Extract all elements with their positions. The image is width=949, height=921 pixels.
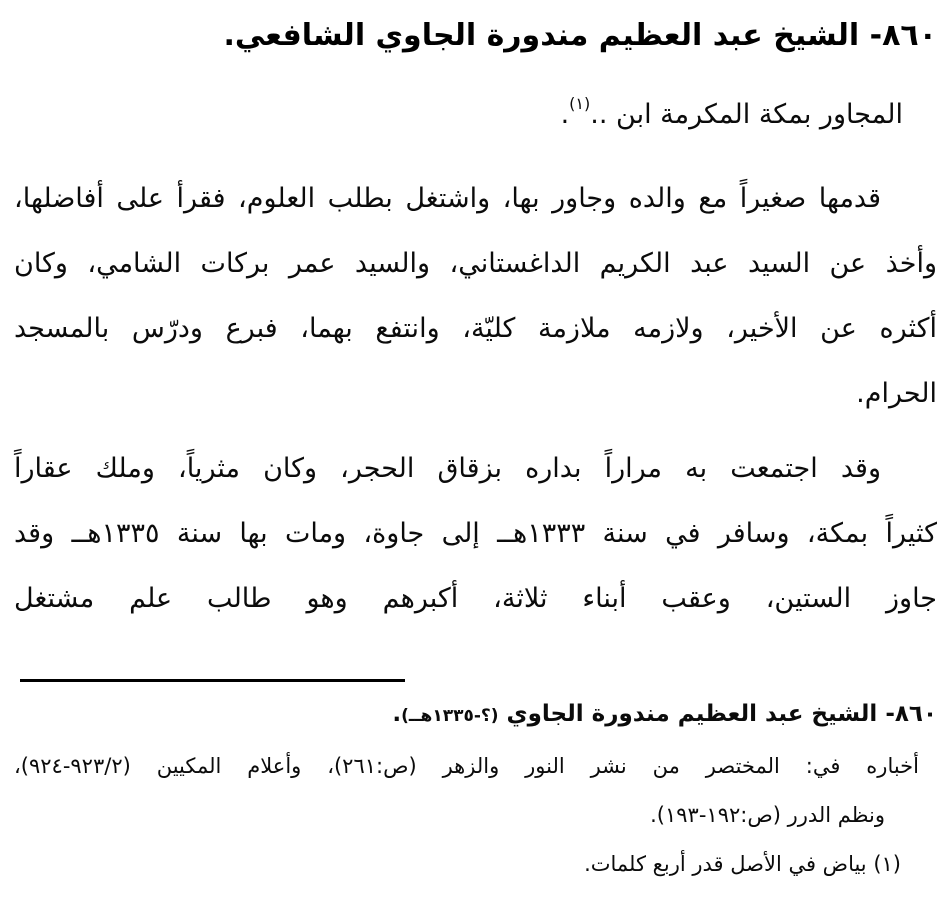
- paragraph-1: قدمها صغيراً مع والده وجاور بها، واشتغل …: [14, 166, 937, 426]
- paragraph-2: وقد اجتمعت به مراراً بداره بزقاق الحجر، …: [14, 436, 937, 631]
- paragraph-2-line-3: جاوز الستين، وعقب أبناء ثلاثة، أكبرهم وه…: [14, 566, 937, 631]
- paragraph-2-line-2: كثيراً بمكة، وسافر في سنة ١٣٣٣هــ إلى جا…: [14, 501, 937, 566]
- footnote-entry-dates: (؟-١٣٣٥هــ): [401, 706, 498, 726]
- book-page: ٨٦٠- الشيخ عبد العظيم مندورة الجاوي الشا…: [0, 0, 949, 921]
- footnote-heading-period: .: [392, 701, 401, 727]
- footnote-entry-heading: ٨٦٠- الشيخ عبد العظيم مندورة الجاوي (؟-١…: [14, 694, 937, 736]
- footnote-sources-line-2: ونظم الدرر (ص:١٩٢-١٩٣).: [14, 791, 937, 840]
- footnote-divider: [20, 679, 405, 682]
- paragraph-1-line-2: وأخذ عن السيد عبد الكريم الداغستاني، وال…: [14, 231, 937, 296]
- footnote-note-1: (١) بياض في الأصل قدر أربع كلمات.: [14, 840, 937, 889]
- subtitle-period: .: [561, 99, 570, 130]
- footnote-ref-1: (١): [569, 94, 590, 113]
- paragraph-1-line-1: قدمها صغيراً مع والده وجاور بها، واشتغل …: [14, 166, 937, 231]
- footnote-sources-line-1: أخباره في: المختصر من نشر النور والزهر (…: [14, 742, 937, 791]
- paragraph-1-line-4: الحرام.: [14, 361, 937, 426]
- paragraph-1-line-3: أكثره عن الأخير، ولازمه ملازمة كليّة، وا…: [14, 296, 937, 361]
- footnote-entry-name: ٨٦٠- الشيخ عبد العظيم مندورة الجاوي: [499, 701, 937, 727]
- paragraph-2-line-1: وقد اجتمعت به مراراً بداره بزقاق الحجر، …: [14, 436, 937, 501]
- subtitle-text: المجاور بمكة المكرمة ابن ..: [590, 99, 903, 130]
- footnote-area: ٨٦٠- الشيخ عبد العظيم مندورة الجاوي (؟-١…: [14, 694, 937, 889]
- entry-subtitle: المجاور بمكة المكرمة ابن ..(١).: [14, 94, 937, 136]
- entry-title: ٨٦٠- الشيخ عبد العظيم مندورة الجاوي الشا…: [14, 14, 937, 58]
